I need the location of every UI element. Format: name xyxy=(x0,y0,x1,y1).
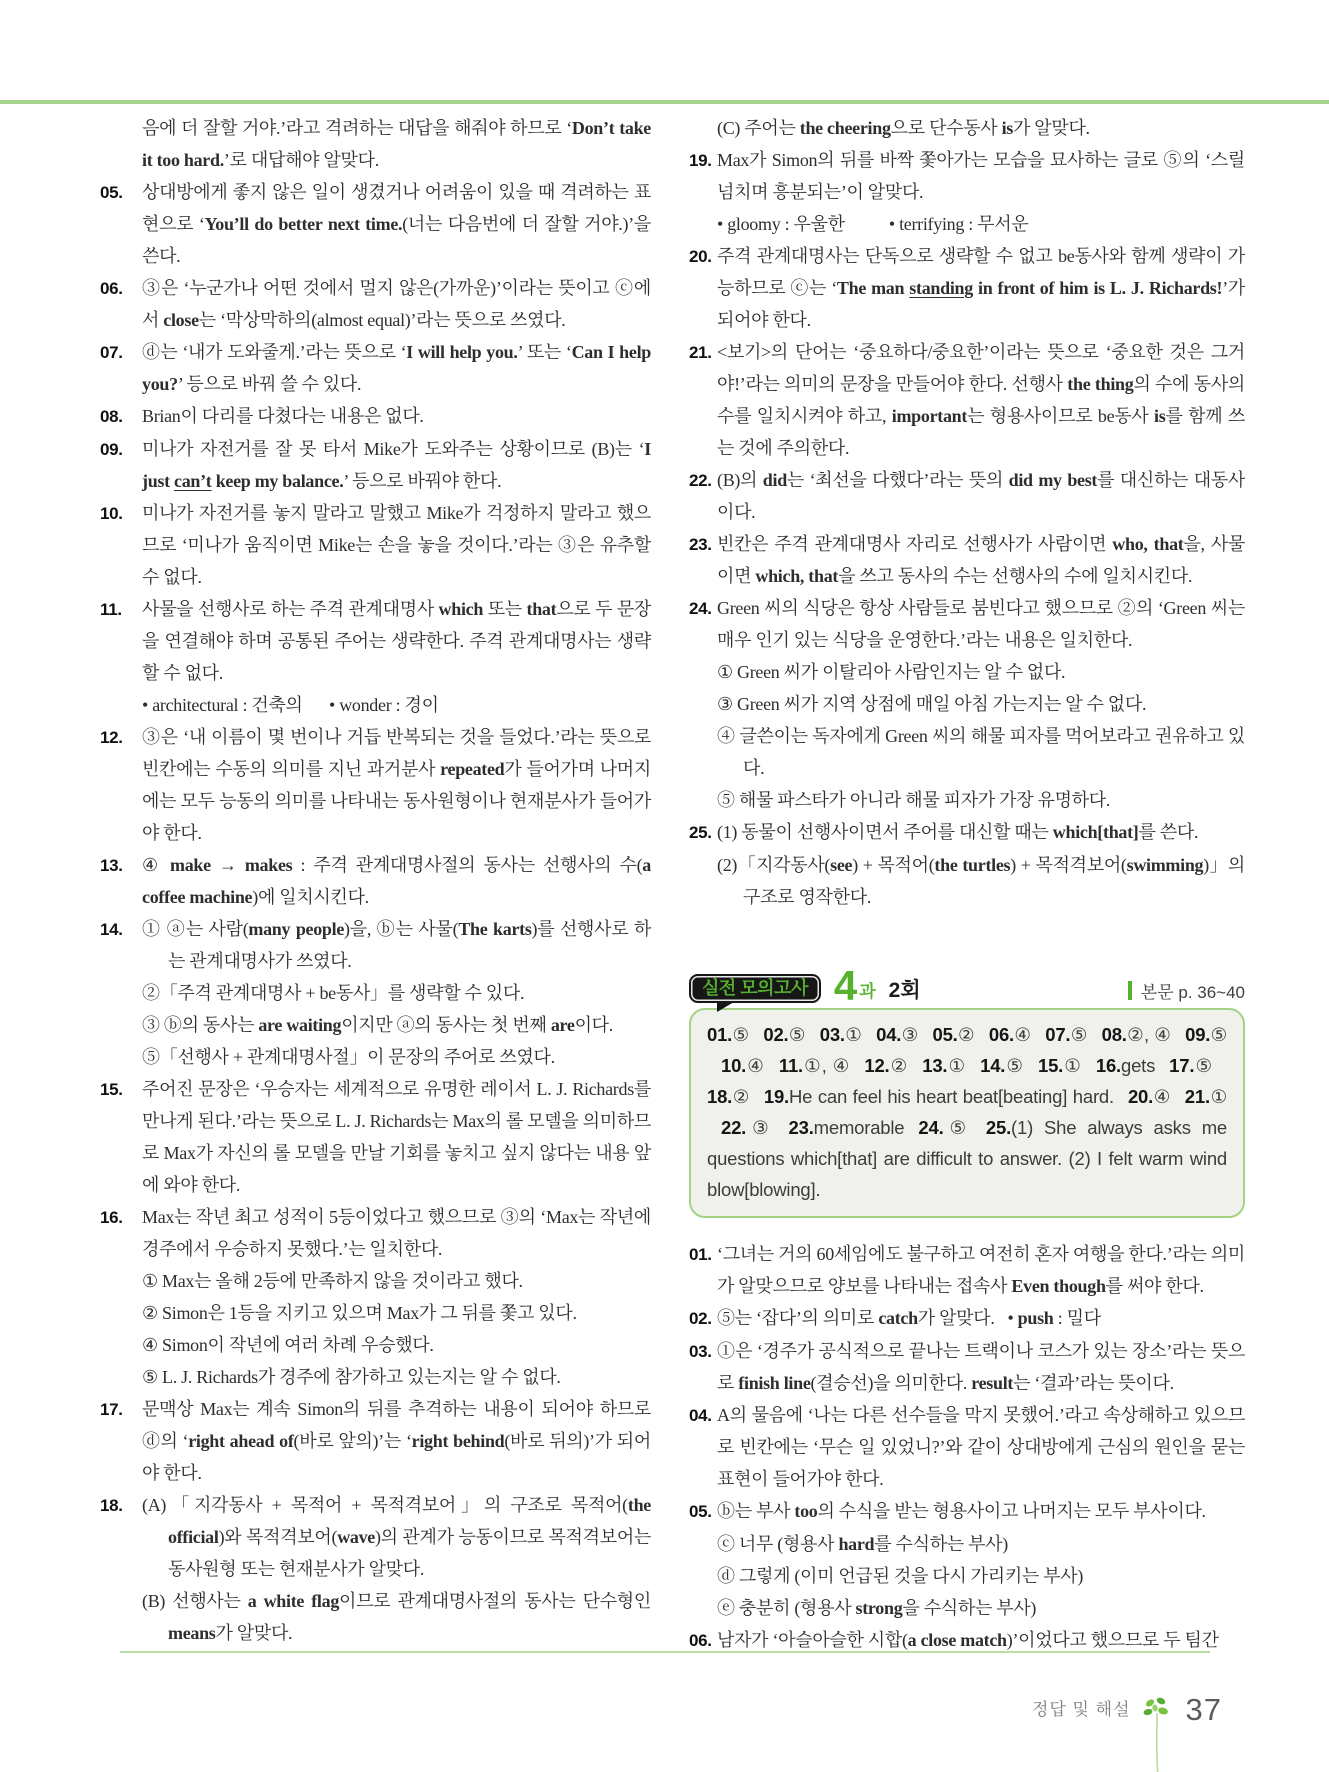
item-number: 16. xyxy=(100,1201,142,1265)
item-text: Brian이 다리를 다쳤다는 내용은 없다. xyxy=(142,400,651,433)
answer-pair: 08.②, ④ xyxy=(1102,1024,1171,1045)
item-number: 25. xyxy=(689,816,717,849)
explanation-item: 11.사물을 선행사로 하는 주격 관계대명사 which 또는 that으로 … xyxy=(100,593,651,689)
explanation-line: ④ 글쓴이는 독자에게 Green 씨의 해물 피자를 먹어보라고 권유하고 있… xyxy=(717,720,1245,784)
answer-number: 20. xyxy=(1128,1086,1153,1107)
item-number: 23. xyxy=(689,528,717,592)
item-text: 문맥상 Max는 계속 Simon의 뒤를 추격하는 내용이 되어야 하므로 ⓓ… xyxy=(142,1393,651,1489)
explanation-item: 25.(1) 동물이 선행사이면서 주어를 대신할 때는 which[that]… xyxy=(689,816,1245,849)
round-label: 2회 xyxy=(889,978,921,1003)
item-text: 음에 더 잘할 거야.’라고 격려하는 대답을 해줘야 하므로 ‘Don’t t… xyxy=(142,112,651,176)
item-text: ① ⓐ는 사람(many people)을, ⓑ는 사물(The karts)를… xyxy=(142,913,651,977)
item-number: 19. xyxy=(689,144,717,208)
answer-value: ⑤ xyxy=(732,1024,749,1045)
explanation-item: 17.문맥상 Max는 계속 Simon의 뒤를 추격하는 내용이 되어야 하므… xyxy=(100,1393,651,1489)
answer-pair: 13.① xyxy=(922,1055,966,1076)
explanation-item: 18.(A)「지각동사 + 목적어 + 목적격보어」의 구조로 목적어(the … xyxy=(100,1489,651,1585)
item-text: ⑤ 해물 파스타가 아니라 해물 피자가 가장 유명하다. xyxy=(717,784,1245,816)
answer-pair: 16.gets xyxy=(1096,1055,1155,1076)
item-number: 18. xyxy=(100,1489,142,1585)
ref-bar-icon xyxy=(1128,981,1132,1000)
item-text: ⓑ는 부사 too의 수식을 받는 형용사이고 나머지는 모두 부사이다. xyxy=(717,1495,1245,1528)
answer-value: memorable xyxy=(814,1117,905,1138)
item-text: (1) 동물이 선행사이면서 주어를 대신할 때는 which[that]를 쓴… xyxy=(717,816,1245,849)
answer-pair: 21.① xyxy=(1185,1086,1227,1107)
item-text: 미나가 자전거를 잘 못 타서 Mike가 도와주는 상황이므로 (B)는 ‘I… xyxy=(142,433,651,497)
answer-pair: 14.⑤ xyxy=(980,1055,1024,1076)
item-number: 17. xyxy=(100,1393,142,1489)
answer-pair: 05.② xyxy=(933,1024,975,1045)
unit-number: 4 xyxy=(834,969,857,1003)
item-text: ⓒ 너무 (형용사 hard를 수식하는 부사) xyxy=(717,1528,1245,1560)
item-number: 07. xyxy=(100,336,142,400)
item-number: 04. xyxy=(689,1399,717,1495)
mock-test-badge: 실전 모의고사 xyxy=(689,974,821,1003)
item-text: A의 물음에 ‘나는 다른 선수들을 막지 못했어.’라고 속상해하고 있으므로… xyxy=(717,1399,1245,1495)
answer-key-page: 음에 더 잘할 거야.’라고 격려하는 대답을 해줘야 하므로 ‘Don’t t… xyxy=(0,0,1329,1772)
item-text: (B)의 did는 ‘최선을 다했다’라는 뜻의 did my best를 대신… xyxy=(717,464,1245,528)
item-text: 사물을 선행사로 하는 주격 관계대명사 which 또는 that으로 두 문… xyxy=(142,593,651,689)
answer-value: ④ xyxy=(1153,1086,1171,1107)
explanation-line: ⑤「선행사 + 관계대명사절」이 문장의 주어로 쓰였다. xyxy=(142,1041,651,1073)
answer-number: 09. xyxy=(1185,1024,1210,1045)
explanation-item: 14.① ⓐ는 사람(many people)을, ⓑ는 사물(The kart… xyxy=(100,913,651,977)
item-text: ① Max는 올해 2등에 만족하지 않을 것이라고 했다. xyxy=(142,1265,651,1297)
answer-value: ⑤ xyxy=(1194,1055,1213,1076)
explanation-item: 20.주격 관계대명사는 단독으로 생략할 수 없고 be동사와 함께 생략이 … xyxy=(689,240,1245,336)
item-number: 24. xyxy=(689,592,717,656)
explanation-item: 10.미나가 자전거를 놓지 말라고 말했고 Mike가 걱정하지 말라고 했으… xyxy=(100,497,651,593)
answer-value: ⑤ xyxy=(1210,1024,1227,1045)
item-text: <보기>의 단어는 ‘중요하다/중요한’이라는 뜻으로 ‘중요한 것은 그거야!… xyxy=(717,336,1245,464)
answer-value: ① xyxy=(845,1024,862,1045)
explanation-line: ② Simon은 1등을 지키고 있으며 Max가 그 뒤를 쫓고 있다. xyxy=(142,1297,651,1329)
item-number: 15. xyxy=(100,1073,142,1201)
explanation-line: • gloomy : 우울한 • terrifying : 무서운 xyxy=(717,208,1245,240)
item-number: 08. xyxy=(100,400,142,433)
item-text: (B) 선행사는 a white flag이므로 관계대명사절의 동사는 단수형… xyxy=(142,1585,651,1649)
item-text: ①은 ‘경주가 공식적으로 끝나는 트랙이나 코스가 있는 장소’라는 뜻으로 … xyxy=(717,1335,1245,1399)
explanation-line: • architectural : 건축의 • wonder : 경이 xyxy=(142,689,651,721)
item-text: ⓓ는 ‘내가 도와줄게.’라는 뜻으로 ‘I will help you.’ 또… xyxy=(142,336,651,400)
answer-pair: 18.② xyxy=(707,1086,750,1107)
answer-number: 17. xyxy=(1169,1055,1194,1076)
answer-value: ④ xyxy=(1014,1024,1031,1045)
right-column: (C) 주어는 the cheering으로 단수동사 is가 알맞다.19.M… xyxy=(689,112,1245,1657)
item-number: 01. xyxy=(689,1238,717,1302)
mock-test-badge-label: 실전 모의고사 xyxy=(702,978,808,998)
answer-number: 18. xyxy=(707,1086,732,1107)
answer-value: ① xyxy=(1063,1055,1082,1076)
item-number: 13. xyxy=(100,849,142,913)
unit-title: 4 과 2회 xyxy=(834,969,921,1003)
answer-number: 05. xyxy=(933,1024,958,1045)
item-text: ④ make → makes : 주격 관계대명사절의 동사는 선행사의 수(a… xyxy=(142,849,651,913)
explanation-item: 06.③은 ‘누군가나 어떤 것에서 멀지 않은(가까운)’이라는 뜻이고 ⓒ에… xyxy=(100,272,651,336)
explanation-item: 05.상대방에게 좋지 않은 일이 생겼거나 어려움이 있을 때 격려하는 표현… xyxy=(100,176,651,272)
answer-number: 04. xyxy=(876,1024,901,1045)
answer-pair: 07.⑤ xyxy=(1045,1024,1087,1045)
bottom-divider-line xyxy=(120,1651,1210,1653)
item-text: (2)「지각동사(see) + 목적어(the turtles) + 목적격보어… xyxy=(717,849,1245,913)
answer-pair: 04.③ xyxy=(876,1024,918,1045)
right-column-items: (C) 주어는 the cheering으로 단수동사 is가 알맞다.19.M… xyxy=(689,112,1245,913)
answer-value: ③ xyxy=(901,1024,918,1045)
item-number: 22. xyxy=(689,464,717,528)
answer-value: ③ xyxy=(746,1117,774,1138)
item-text: ③ ⓑ의 동사는 are waiting이지만 ⓐ의 동사는 첫 번째 are이… xyxy=(142,1009,651,1041)
item-text: ②「주격 관계대명사 + be동사」를 생략할 수 있다. xyxy=(142,977,651,1009)
item-number: 02. xyxy=(689,1302,717,1335)
answer-number: 13. xyxy=(922,1055,947,1076)
item-text: Green 씨의 식당은 항상 사람들로 붐빈다고 했으므로 ②의 ‘Green… xyxy=(717,592,1245,656)
explanation-item: 01.‘그녀는 거의 60세임에도 불구하고 여전히 혼자 여행을 한다.’라는… xyxy=(689,1238,1245,1302)
explanation-item: 03.①은 ‘경주가 공식적으로 끝나는 트랙이나 코스가 있는 장소’라는 뜻… xyxy=(689,1335,1245,1399)
answer-pair: 10.④ xyxy=(721,1055,765,1076)
answer-number: 10. xyxy=(721,1055,746,1076)
answer-number: 23. xyxy=(789,1117,814,1138)
answer-pair: 12.② xyxy=(864,1055,908,1076)
top-divider-line xyxy=(0,100,1329,104)
answer-pair: 19.He can feel his heart beat[beating] h… xyxy=(764,1086,1114,1107)
item-text: ⓓ 그렇게 (이미 언급된 것을 다시 가리키는 부사) xyxy=(717,1560,1245,1592)
answer-pair: 20.④ xyxy=(1128,1086,1171,1107)
explanation-line: ⑤ 해물 파스타가 아니라 해물 피자가 가장 유명하다. xyxy=(717,784,1245,816)
answer-box: 01.⑤02.⑤03.①04.③05.②06.④07.⑤08.②, ④09.⑤1… xyxy=(689,1008,1245,1218)
explanation-item: 13.④ make → makes : 주격 관계대명사절의 동사는 선행사의 … xyxy=(100,849,651,913)
item-number: 20. xyxy=(689,240,717,336)
answer-value: ① xyxy=(947,1055,966,1076)
explanation-item: 08.Brian이 다리를 다쳤다는 내용은 없다. xyxy=(100,400,651,433)
answer-pair: 11.①, ④ xyxy=(779,1055,850,1076)
answer-number: 15. xyxy=(1038,1055,1063,1076)
item-text: ③은 ‘내 이름이 몇 번이나 거듭 반복되는 것을 들었다.’라는 뜻으로 빈… xyxy=(142,721,651,849)
explanation-line: (2)「지각동사(see) + 목적어(the turtles) + 목적격보어… xyxy=(717,849,1245,913)
item-number: 05. xyxy=(689,1495,717,1528)
item-text: (A)「지각동사 + 목적어 + 목적격보어」의 구조로 목적어(the off… xyxy=(142,1489,651,1585)
answer-number: 19. xyxy=(764,1086,789,1107)
item-text: ⑤「선행사 + 관계대명사절」이 문장의 주어로 쓰였다. xyxy=(142,1041,651,1073)
ref-label: 본문 p. 36~40 xyxy=(1141,978,1245,1003)
explanation-item: 04.A의 물음에 ‘나는 다른 선수들을 막지 못했어.’라고 속상해하고 있… xyxy=(689,1399,1245,1495)
answer-pair: 15.① xyxy=(1038,1055,1082,1076)
answer-number: 03. xyxy=(820,1024,845,1045)
item-text: ‘그녀는 거의 60세임에도 불구하고 여전히 혼자 여행을 한다.’라는 의미… xyxy=(717,1238,1245,1302)
item-text: 주어진 문장은 ‘우승자는 세계적으로 유명한 레이서 L. J. Richar… xyxy=(142,1073,651,1201)
answer-value: ④ xyxy=(746,1055,765,1076)
explanation-item: 05.ⓑ는 부사 too의 수식을 받는 형용사이고 나머지는 모두 부사이다. xyxy=(689,1495,1245,1528)
item-text: Max는 작년 최고 성적이 5등이었다고 했으므로 ③의 ‘Max는 작년에 … xyxy=(142,1201,651,1265)
answer-value: ②, ④ xyxy=(1127,1024,1171,1045)
item-text: ④ 글쓴이는 독자에게 Green 씨의 해물 피자를 먹어보라고 권유하고 있… xyxy=(717,720,1245,784)
answer-value: ② xyxy=(732,1086,750,1107)
item-number: 10. xyxy=(100,497,142,593)
page-number: 37 xyxy=(1186,1692,1222,1728)
answer-number: 22. xyxy=(721,1117,746,1138)
answer-number: 24. xyxy=(918,1117,943,1138)
answer-number: 25. xyxy=(986,1117,1011,1138)
explanation-line: ⓓ 그렇게 (이미 언급된 것을 다시 가리키는 부사) xyxy=(717,1560,1245,1592)
explanation-item: 15.주어진 문장은 ‘우승자는 세계적으로 유명한 레이서 L. J. Ric… xyxy=(100,1073,651,1201)
item-number: 09. xyxy=(100,433,142,497)
explanation-item: 21.<보기>의 단어는 ‘중요하다/중요한’이라는 뜻으로 ‘중요한 것은 그… xyxy=(689,336,1245,464)
item-text: ④ Simon이 작년에 여러 차례 우승했다. xyxy=(142,1329,651,1361)
explanation-line: ⓔ 충분히 (형용사 strong을 수식하는 부사) xyxy=(717,1592,1245,1624)
explanation-line: ②「주격 관계대명사 + be동사」를 생략할 수 있다. xyxy=(142,977,651,1009)
explanation-line: ④ Simon이 작년에 여러 차례 우승했다. xyxy=(142,1329,651,1361)
answer-value: ⑤ xyxy=(789,1024,806,1045)
answer-pair: 03.① xyxy=(820,1024,862,1045)
item-text: ② Simon은 1등을 지키고 있으며 Max가 그 뒤를 쫓고 있다. xyxy=(142,1297,651,1329)
leaf-icon xyxy=(1144,1697,1170,1772)
answer-pair: 24.⑤ xyxy=(918,1117,972,1138)
explanation-item: 23.빈칸은 주격 관계대명사 자리로 선행사가 사람이면 who, that을… xyxy=(689,528,1245,592)
explanation-item: 02.⑤는 ‘잡다’의 의미로 catch가 알맞다. • push : 밀다 xyxy=(689,1302,1245,1335)
item-text: 상대방에게 좋지 않은 일이 생겼거나 어려움이 있을 때 격려하는 표현으로 … xyxy=(142,176,651,272)
item-number: 03. xyxy=(689,1335,717,1399)
badge-tail xyxy=(717,1002,734,1012)
explanation-line: ⓒ 너무 (형용사 hard를 수식하는 부사) xyxy=(717,1528,1245,1560)
answer-number: 12. xyxy=(864,1055,889,1076)
left-column: 음에 더 잘할 거야.’라고 격려하는 대답을 해줘야 하므로 ‘Don’t t… xyxy=(100,112,651,1649)
item-number: 05. xyxy=(100,176,142,272)
bottom-explanations: 01.‘그녀는 거의 60세임에도 불구하고 여전히 혼자 여행을 한다.’라는… xyxy=(689,1238,1245,1657)
item-text: • architectural : 건축의 • wonder : 경이 xyxy=(142,689,651,721)
answer-value: He can feel his heart beat[beating] hard… xyxy=(789,1086,1114,1107)
answer-number: 21. xyxy=(1185,1086,1210,1107)
item-text: (C) 주어는 the cheering으로 단수동사 is가 알맞다. xyxy=(717,112,1245,144)
explanation-item: 16.Max는 작년 최고 성적이 5등이었다고 했으므로 ③의 ‘Max는 작… xyxy=(100,1201,651,1265)
explanation-item: 24.Green 씨의 식당은 항상 사람들로 붐빈다고 했으므로 ②의 ‘Gr… xyxy=(689,592,1245,656)
answer-pair: 09.⑤ xyxy=(1185,1024,1227,1045)
explanation-item: 12.③은 ‘내 이름이 몇 번이나 거듭 반복되는 것을 들었다.’라는 뜻으… xyxy=(100,721,651,849)
item-number: 12. xyxy=(100,721,142,849)
explanation-line: (B) 선행사는 a white flag이므로 관계대명사절의 동사는 단수형… xyxy=(142,1585,651,1649)
answer-value: ①, ④ xyxy=(803,1055,850,1076)
item-text: Max가 Simon의 뒤를 바짝 쫓아가는 모습을 묘사하는 글로 ⑤의 ‘스… xyxy=(717,144,1245,208)
explanation-line: ⑤ L. J. Richards가 경주에 참가하고 있는지는 알 수 없다. xyxy=(142,1361,651,1393)
answer-value: ⑤ xyxy=(1070,1024,1087,1045)
item-text: ⓔ 충분히 (형용사 strong을 수식하는 부사) xyxy=(717,1592,1245,1624)
answer-value: gets xyxy=(1121,1055,1155,1076)
answer-value: ① xyxy=(1210,1086,1227,1107)
item-text: ⑤는 ‘잡다’의 의미로 catch가 알맞다. • push : 밀다 xyxy=(717,1302,1245,1335)
item-text: ③은 ‘누군가나 어떤 것에서 멀지 않은(가까운)’이라는 뜻이고 ⓒ에서 c… xyxy=(142,272,651,336)
explanation-item: 22.(B)의 did는 ‘최선을 다했다’라는 뜻의 did my best를… xyxy=(689,464,1245,528)
answer-pair: 01.⑤ xyxy=(707,1024,749,1045)
page-footer: 정답 및 해설 37 xyxy=(0,1688,1222,1732)
explanation-item: 07.ⓓ는 ‘내가 도와줄게.’라는 뜻으로 ‘I will help you.… xyxy=(100,336,651,400)
item-text: ⑤ L. J. Richards가 경주에 참가하고 있는지는 알 수 없다. xyxy=(142,1361,651,1393)
answer-value: ⑤ xyxy=(944,1117,972,1138)
answer-pair: 17.⑤ xyxy=(1169,1055,1213,1076)
explanation-line: ③ Green 씨가 지역 상점에 매일 아침 가는지는 알 수 없다. xyxy=(717,688,1245,720)
explanation-line: ① Green 씨가 이탈리아 사람인지는 알 수 없다. xyxy=(717,656,1245,688)
item-text: 빈칸은 주격 관계대명사 자리로 선행사가 사람이면 who, that을, 사… xyxy=(717,528,1245,592)
footer-label: 정답 및 해설 xyxy=(1032,1688,1131,1732)
answer-number: 11. xyxy=(779,1055,803,1076)
item-text: 주격 관계대명사는 단독으로 생략할 수 없고 be동사와 함께 생략이 가능하… xyxy=(717,240,1245,336)
answer-pair: 06.④ xyxy=(989,1024,1031,1045)
item-text: ① Green 씨가 이탈리아 사람인지는 알 수 없다. xyxy=(717,656,1245,688)
textbook-page-ref: 본문 p. 36~40 xyxy=(1128,978,1245,1003)
item-text: 미나가 자전거를 놓지 말라고 말했고 Mike가 걱정하지 말라고 했으므로 … xyxy=(142,497,651,593)
answer-number: 16. xyxy=(1096,1055,1121,1076)
answer-value: ② xyxy=(958,1024,975,1045)
mock-test-header: 실전 모의고사 4 과 2회 본문 p. 36~40 xyxy=(689,967,1245,1003)
answer-value: ② xyxy=(889,1055,908,1076)
answer-pair: 02.⑤ xyxy=(763,1024,805,1045)
item-number: 14. xyxy=(100,913,142,977)
item-text: ③ Green 씨가 지역 상점에 매일 아침 가는지는 알 수 없다. xyxy=(717,688,1245,720)
item-number: 11. xyxy=(100,593,142,689)
answer-number: 08. xyxy=(1102,1024,1127,1045)
explanation-item: 19.Max가 Simon의 뒤를 바짝 쫓아가는 모습을 묘사하는 글로 ⑤의… xyxy=(689,144,1245,208)
answer-number: 01. xyxy=(707,1024,732,1045)
answer-pair: 23.memorable xyxy=(789,1117,905,1138)
answer-number: 02. xyxy=(763,1024,788,1045)
answer-value: ⑤ xyxy=(1005,1055,1024,1076)
answer-number: 06. xyxy=(989,1024,1014,1045)
answer-pair: 22.③ xyxy=(721,1117,775,1138)
item-number: 21. xyxy=(689,336,717,464)
unit-suffix: 과 xyxy=(859,980,875,1003)
explanation-line: (C) 주어는 the cheering으로 단수동사 is가 알맞다. xyxy=(717,112,1245,144)
explanation-line: ③ ⓑ의 동사는 are waiting이지만 ⓐ의 동사는 첫 번째 are이… xyxy=(142,1009,651,1041)
item-text: • gloomy : 우울한 • terrifying : 무서운 xyxy=(717,208,1245,240)
explanation-line: 음에 더 잘할 거야.’라고 격려하는 대답을 해줘야 하므로 ‘Don’t t… xyxy=(142,112,651,176)
explanation-line: ① Max는 올해 2등에 만족하지 않을 것이라고 했다. xyxy=(142,1265,651,1297)
answer-number: 07. xyxy=(1045,1024,1070,1045)
answer-number: 14. xyxy=(980,1055,1005,1076)
explanation-item: 09.미나가 자전거를 잘 못 타서 Mike가 도와주는 상황이므로 (B)는… xyxy=(100,433,651,497)
item-number: 06. xyxy=(100,272,142,336)
